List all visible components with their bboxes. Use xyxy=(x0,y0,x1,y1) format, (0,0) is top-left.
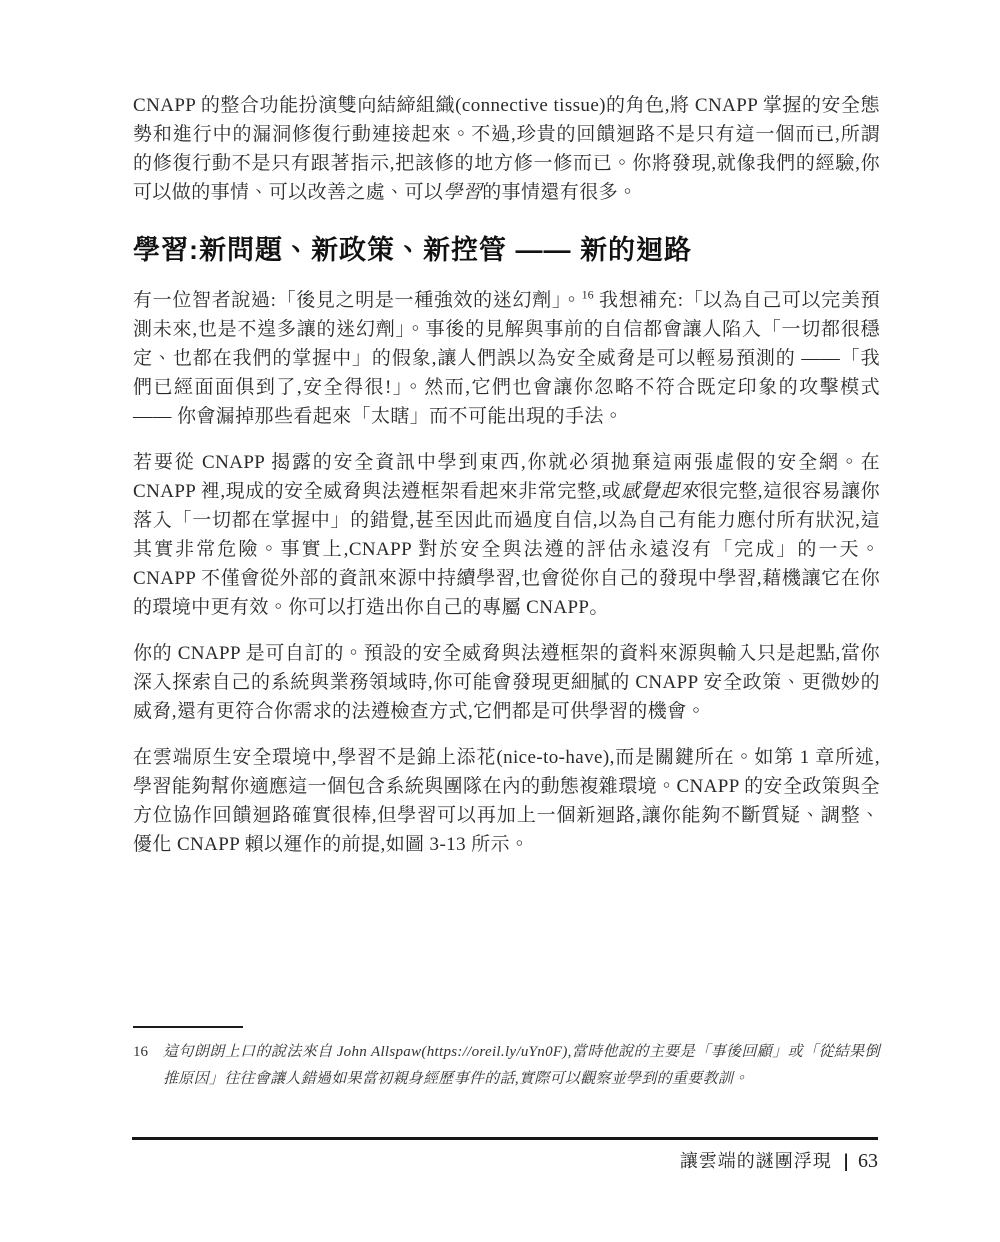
footnote-number: 16 xyxy=(133,1039,163,1066)
footer-section-title: 讓雲端的謎團浮現 xyxy=(680,1151,832,1171)
footer-rule xyxy=(132,1137,878,1140)
footer-page-number: 63 xyxy=(858,1150,878,1172)
footnote-area: 16 這句朗朗上口的說法來自 John Allspaw(https://orei… xyxy=(133,1026,880,1093)
footnote-ref-16: 16 xyxy=(582,288,594,302)
body-paragraph: 若要從 CNAPP 揭露的安全資訊中學到東西,你就必須拋棄這兩張虛假的安全網。在… xyxy=(133,448,880,622)
book-page: CNAPP 的整合功能扮演雙向結締組織(connective tissue)的角… xyxy=(0,0,1000,1242)
page-content: CNAPP 的整合功能扮演雙向結締組織(connective tissue)的角… xyxy=(133,91,880,859)
text-run: 你的 CNAPP 是可自訂的。預設的安全威脅與法遵框架的資料來源與輸入只是起點,… xyxy=(133,643,880,722)
footnote-url: https://oreil.ly/uYn0F xyxy=(427,1044,563,1060)
footnote-entry: 16 這句朗朗上口的說法來自 John Allspaw(https://orei… xyxy=(133,1039,880,1093)
text-run: 這句朗朗上口的說法來自 John Allspaw( xyxy=(163,1044,427,1060)
text-run: 學習 xyxy=(443,182,482,203)
footer-divider: | xyxy=(843,1149,849,1175)
body-paragraph: 你的 CNAPP 是可自訂的。預設的安全威脅與法遵框架的資料來源與輸入只是起點,… xyxy=(133,639,880,726)
footnote-text: 這句朗朗上口的說法來自 John Allspaw(https://oreil.l… xyxy=(163,1039,880,1093)
body-paragraph: 有一位智者說過:「後見之明是一種強效的迷幻劑」。16 我想補充:「以為自己可以完… xyxy=(133,286,880,431)
text-run: 的事情還有很多。 xyxy=(482,182,637,203)
intro-paragraph: CNAPP 的整合功能扮演雙向結締組織(connective tissue)的角… xyxy=(133,91,880,207)
text-run: 感覺起來 xyxy=(621,481,699,502)
footer-line: 讓雲端的謎團浮現|63 xyxy=(132,1148,878,1175)
footnote-separator-rule xyxy=(133,1026,243,1028)
body-paragraph: 在雲端原生安全環境中,學習不是錦上添花(nice-to-have),而是關鍵所在… xyxy=(133,743,880,859)
page-footer: 讓雲端的謎團浮現|63 xyxy=(132,1137,878,1175)
text-run: 在雲端原生安全環境中,學習不是錦上添花(nice-to-have),而是關鍵所在… xyxy=(133,747,880,855)
section-heading: 學習:新問題、新政策、新控管 —— 新的迴路 xyxy=(133,231,880,269)
text-run: 有一位智者說過:「後見之明是一種強效的迷幻劑」。 xyxy=(133,290,582,311)
section-body: 有一位智者說過:「後見之明是一種強效的迷幻劑」。16 我想補充:「以為自己可以完… xyxy=(133,286,880,859)
